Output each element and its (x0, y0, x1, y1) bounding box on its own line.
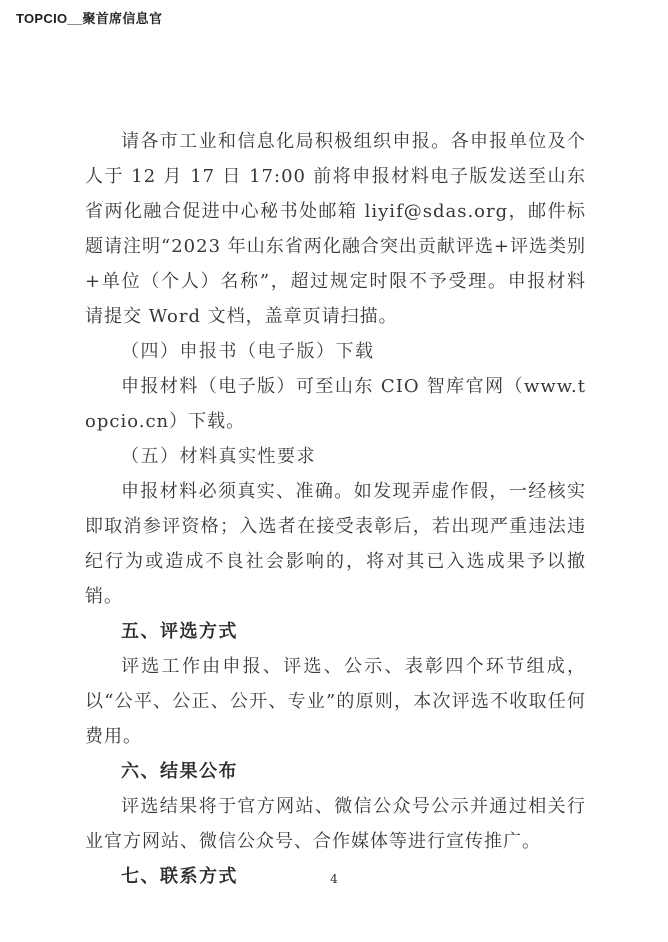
document-body: 请各市工业和信息化局积极组织申报。各申报单位及个人于 12 月 17 日 17:… (85, 124, 586, 894)
heading-selection-method: 五、评选方式 (85, 614, 586, 649)
account-watermark-label: TOPCIO__聚首席信息官 (16, 8, 162, 27)
paragraph-result-publicity: 评选结果将于官方网站、微信公众号公示并通过相关行业官方网站、微信公众号、合作媒体… (85, 789, 586, 859)
document-page: TOPCIO__聚首席信息官 请各市工业和信息化局积极组织申报。各申报单位及个人… (0, 0, 668, 942)
subheading-section-five: （五）材料真实性要求 (85, 439, 586, 474)
paragraph-authenticity-requirement: 申报材料必须真实、准确。如发现弄虚作假，一经核实即取消参评资格；入选者在接受表彰… (85, 474, 586, 614)
heading-result-announcement: 六、结果公布 (85, 754, 586, 789)
subheading-section-four: （四）申报书（电子版）下载 (85, 334, 586, 369)
paragraph-selection-process: 评选工作由申报、评选、公示、表彰四个环节组成，以“公平、公正、公开、专业”的原则… (85, 649, 586, 754)
page-number: 4 (0, 872, 668, 886)
paragraph-submission-instructions: 请各市工业和信息化局积极组织申报。各申报单位及个人于 12 月 17 日 17:… (85, 124, 586, 334)
paragraph-download-info: 申报材料（电子版）可至山东 CIO 智库官网（www.topcio.cn）下载。 (85, 369, 586, 439)
